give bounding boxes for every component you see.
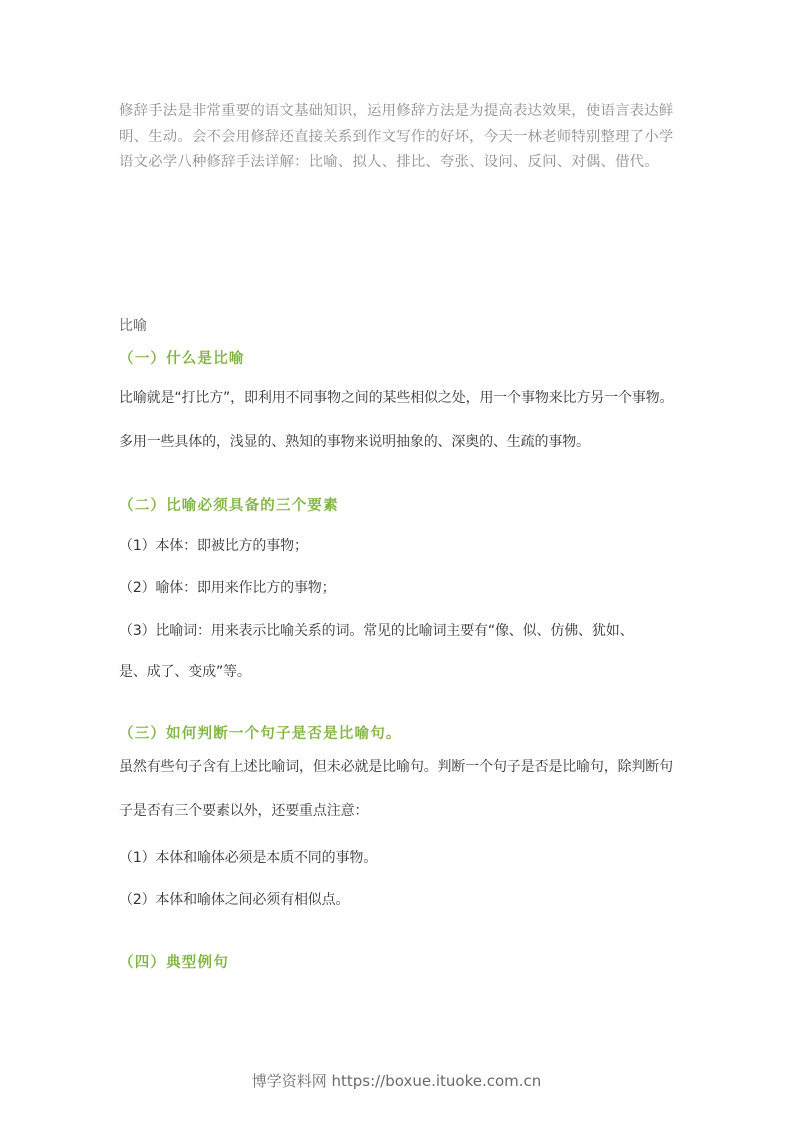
section-label: 比喻 — [119, 315, 147, 335]
definition-paragraph: 比喻就是“打比方”，即利用不同事物之间的某些相似之处，用一个事物来比方另一个事物… — [119, 376, 679, 464]
heading-what-is-metaphor: （一）什么是比喻 — [119, 347, 245, 368]
heading-three-elements: （二）比喻必须具备的三个要素 — [119, 494, 339, 515]
judge-item-1: （1）本体和喻体必须是本质不同的事物。 — [119, 847, 377, 867]
element-item-comparator-cont: 是、成了、变成”等。 — [119, 661, 251, 681]
heading-typical-examples: （四）典型例句 — [119, 951, 229, 972]
judge-paragraph: 虽然有些句子含有上述比喻词，但未必就是比喻句。判断一个句子是否是比喻句，除判断句… — [119, 745, 679, 833]
intro-paragraph: 修辞手法是非常重要的语文基础知识，运用修辞方法是为提高表达效果，使语言表达鲜明、… — [119, 99, 679, 176]
heading-how-to-judge: （三）如何判断一个句子是否是比喻句。 — [119, 722, 402, 743]
judge-item-2: （2）本体和喻体之间必须有相似点。 — [119, 889, 349, 909]
element-item-comparator: （3）比喻词：用来表示比喻关系的词。常见的比喻词主要有“像、似、仿佛、犹如、 — [119, 620, 633, 640]
element-item-tenor: （1）本体：即被比方的事物； — [119, 535, 308, 555]
element-item-vehicle: （2）喻体：即用来作比方的事物； — [119, 577, 336, 597]
footer-watermark: 博学资料网 https://boxue.ituoke.com.cn — [0, 1070, 793, 1091]
